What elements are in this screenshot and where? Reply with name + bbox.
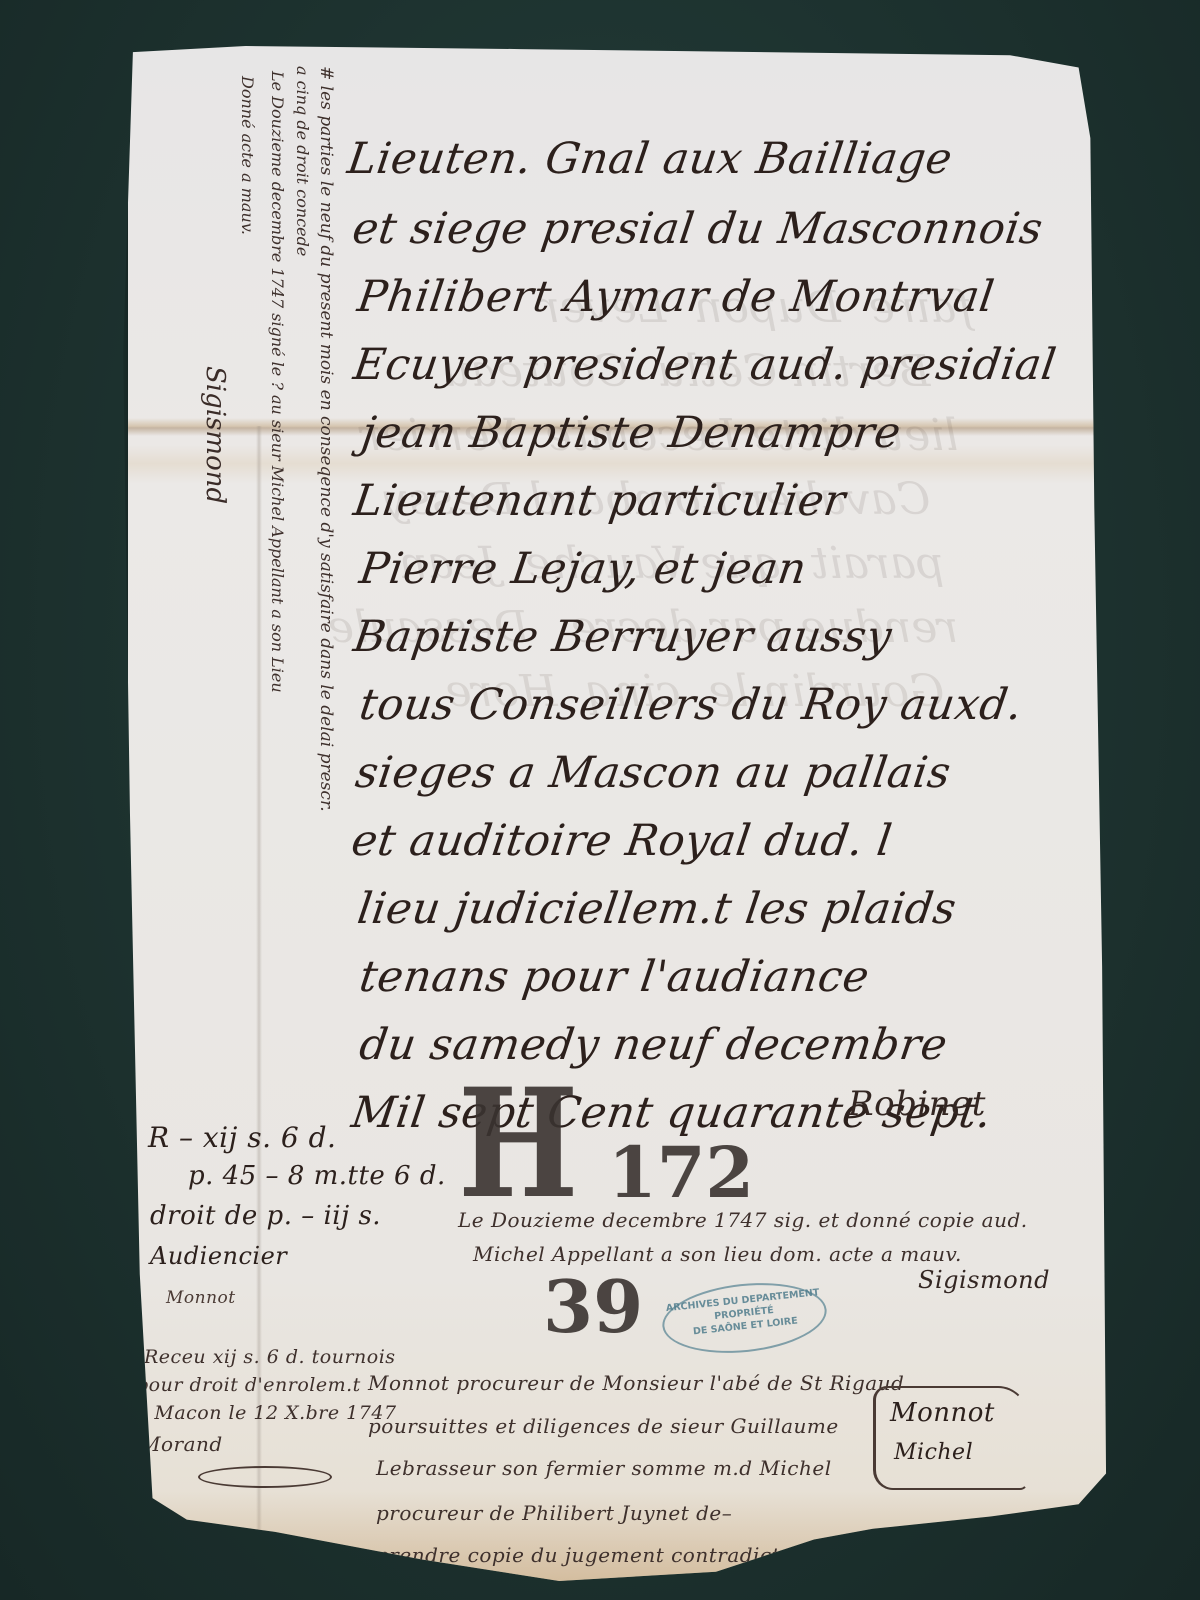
- fees-line: R – xij s. 6 d.: [148, 1121, 336, 1154]
- main-line: tenans pour l'audiance: [356, 952, 872, 1002]
- main-line: Baptiste Berruyer aussy: [350, 612, 894, 662]
- bottom-line: Lebrasseur son fermier somme m.d Michel: [376, 1456, 832, 1480]
- boxed-names: Monnot Michel: [873, 1386, 1028, 1490]
- margin-note-vertical: # les parties le neuf du present mois en…: [316, 66, 336, 1086]
- main-line: Lieutenant particulier: [350, 476, 848, 526]
- main-line: lieu judiciellem.t les plaids: [354, 884, 959, 934]
- bottom-line: poursuittes et diligences de sieur Guill…: [368, 1414, 839, 1438]
- main-line: jean Baptiste Denampre: [358, 408, 904, 458]
- robinet-signature: Robinet: [848, 1084, 986, 1124]
- main-line: tous Conseillers du Roy auxd.: [356, 680, 1025, 730]
- fees-line: Audiencier: [150, 1242, 287, 1270]
- document-page: faire Dupon Lever Bertin Cetlu Couteau l…: [128, 46, 1108, 1581]
- margin-signature: Sigismond: [200, 366, 230, 504]
- main-line: Ecuyer president aud. presidial: [350, 340, 1059, 390]
- main-line: Pierre Lejay, et jean: [356, 544, 809, 594]
- receipt-line: a Macon le 12 X.bre 1747: [136, 1402, 397, 1424]
- main-line: Philibert Aymar de Montrval: [354, 272, 997, 322]
- main-line: et auditoire Royal dud. l: [348, 816, 895, 866]
- boxed-name: Monnot: [890, 1398, 995, 1428]
- boxed-name: Michel: [894, 1440, 973, 1465]
- archive-series-mark: H: [458, 1056, 572, 1232]
- margin-note-vertical: a cinq de droit concede: [293, 66, 312, 256]
- fees-signature: Monnot: [166, 1288, 236, 1308]
- fees-line: droit de p. – iij s.: [150, 1201, 381, 1231]
- bottom-line: prendre copie du jugement contradictoire…: [376, 1543, 1009, 1567]
- fees-line: p. 45 – 8 m.tte 6 d.: [188, 1161, 446, 1191]
- receipt-signature: Morand: [140, 1432, 223, 1456]
- receipt-line: Receu xij s. 6 d. tournois: [144, 1346, 396, 1368]
- bottom-line: Monnot procureur de Monsieur l'abé de St…: [368, 1371, 904, 1395]
- archive-number-mark: 172: [608, 1131, 754, 1214]
- main-line: du samedy neuf decembre: [356, 1020, 950, 1070]
- margin-note-vertical: Le Douzieme decembre 1747 signé le ? au …: [268, 71, 287, 1071]
- margin-note-vertical: Donné acte a mauv.: [238, 76, 257, 235]
- archive-item-mark: 39: [543, 1264, 643, 1349]
- middle-note-line: Le Douzieme decembre 1747 sig. et donné …: [458, 1208, 1028, 1232]
- archive-stamp: ARCHIVES DU DEPARTEMENT PROPRIÉTÉ DE SAÔ…: [659, 1276, 830, 1361]
- receipt-line: pour droit d'enrolem.t: [136, 1374, 361, 1396]
- main-line: et siege presial du Masconnois: [349, 204, 1045, 254]
- middle-signature: Sigismond: [918, 1266, 1050, 1294]
- middle-note-line: Michel Appellant a son lieu dom. acte a …: [473, 1242, 962, 1266]
- main-line: sieges a Mascon au pallais: [352, 748, 953, 798]
- bottom-line: procureur de Philibert Juynet de–: [376, 1501, 732, 1525]
- main-line: Lieuten. Gnal aux Bailliage: [344, 134, 955, 184]
- signature-flourish: [198, 1466, 332, 1488]
